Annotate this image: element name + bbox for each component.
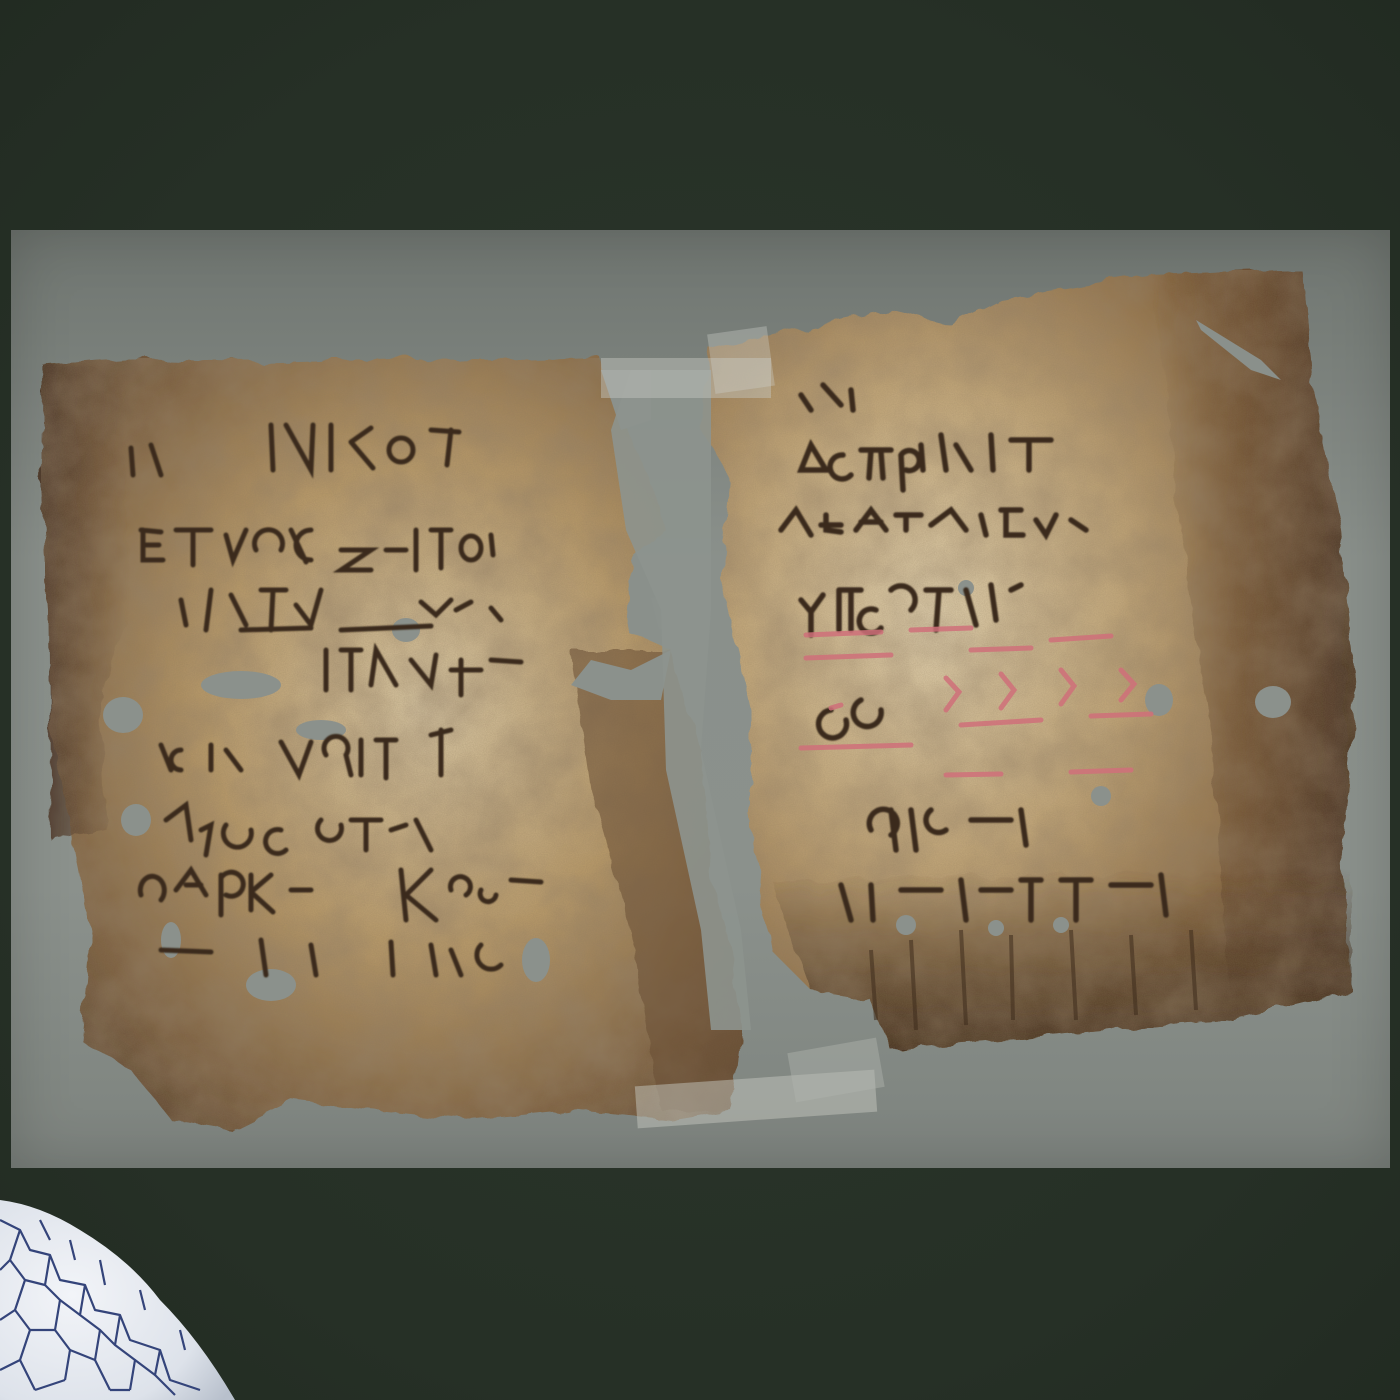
manuscript-illustration: [11, 230, 1390, 1168]
patterned-fabric: [0, 1190, 240, 1400]
manuscript-photo: [11, 230, 1390, 1168]
right-leaf: [701, 270, 1356, 1050]
